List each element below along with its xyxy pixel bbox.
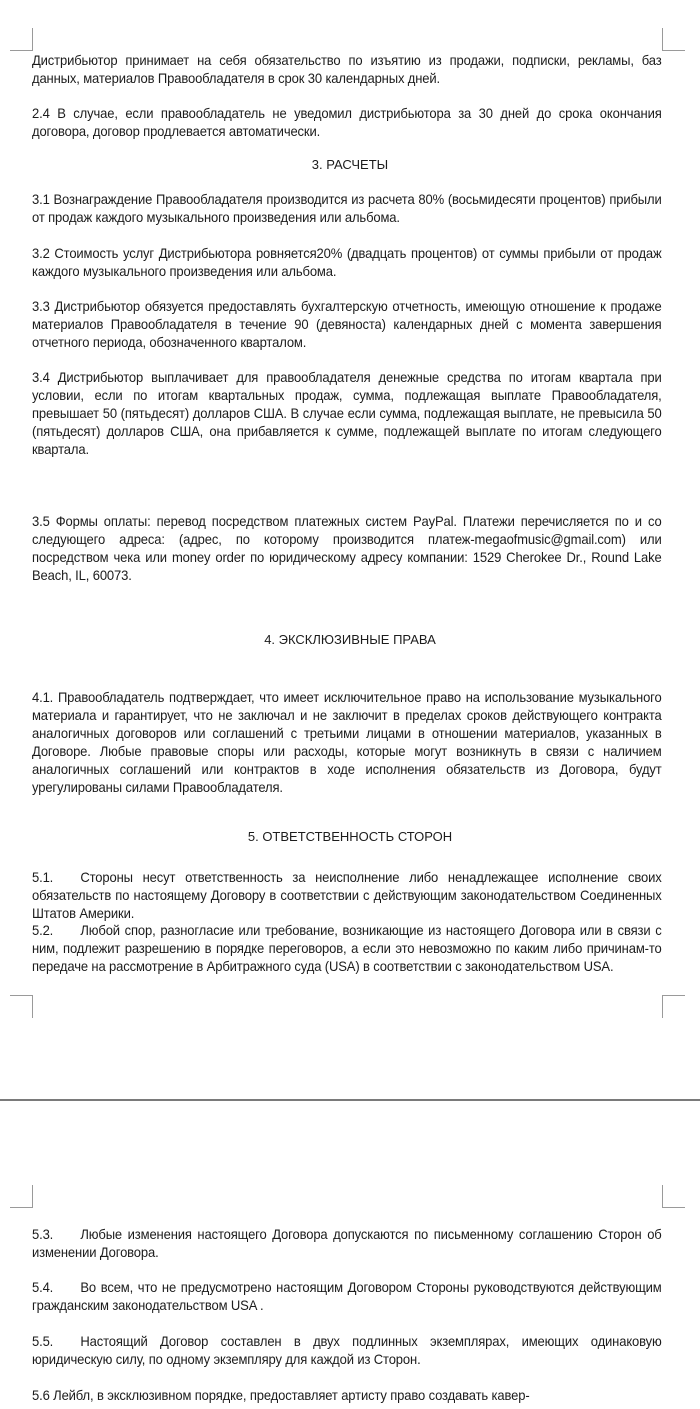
paragraph-4-1: 4.1. Правообладатель подтверждает, что и… bbox=[32, 688, 662, 796]
paragraph-3-2: 3.2 Стоимость услуг Дистрибьютора ровняе… bbox=[32, 244, 662, 280]
margin-corner-top-left bbox=[10, 28, 33, 51]
paragraph-5-4: 5.4.Во всем, что не предусмотрено настоя… bbox=[32, 1278, 662, 1314]
section-heading-3: 3. РАСЧЕТЫ bbox=[0, 156, 700, 174]
section-heading-5: 5. ОТВЕТСТВЕННОСТЬ СТОРОН bbox=[0, 828, 700, 846]
margin-corner-top-right bbox=[662, 28, 685, 51]
paragraph-2-3-continued: Дистрибьютор принимает на себя обязатель… bbox=[32, 51, 662, 87]
item-number: 5.4. bbox=[32, 1278, 80, 1296]
margin-corner-top-right bbox=[662, 1185, 685, 1208]
item-number: 5.5. bbox=[32, 1332, 80, 1350]
paragraph-2-4: 2.4 В случае, если правообладатель не ув… bbox=[32, 104, 662, 140]
margin-corner-bottom-left bbox=[10, 995, 33, 1018]
paragraph-3-1: 3.1 Вознаграждение Правообладателя произ… bbox=[32, 190, 662, 226]
paragraph-5-3: 5.3.Любые изменения настоящего Договора … bbox=[32, 1225, 662, 1261]
paragraph-3-5: 3.5 Формы оплаты: перевод посредством пл… bbox=[32, 512, 662, 584]
margin-corner-bottom-right bbox=[662, 995, 685, 1018]
document-page-2: 5.3.Любые изменения настоящего Договора … bbox=[0, 1101, 700, 1409]
document-page-1: Дистрибьютор принимает на себя обязатель… bbox=[0, 0, 700, 1099]
paragraph-5-5: 5.5.Настоящий Договор составлен в двух п… bbox=[32, 1332, 662, 1368]
margin-corner-top-left bbox=[10, 1185, 33, 1208]
paragraph-5-2: 5.2.Любой спор, разногласие или требован… bbox=[32, 921, 662, 975]
paragraph-5-1: 5.1.Стороны несут ответственность за неи… bbox=[32, 868, 662, 922]
paragraph-5-6: 5.6 Лейбл, в эксклюзивном порядке, предо… bbox=[32, 1386, 662, 1404]
paragraph-3-3: 3.3 Дистрибьютор обязуется предоставлять… bbox=[32, 297, 662, 351]
section-heading-4: 4. ЭКСКЛЮЗИВНЫЕ ПРАВА bbox=[0, 631, 700, 649]
paragraph-3-4: 3.4 Дистрибьютор выплачивает для правооб… bbox=[32, 368, 662, 458]
item-number: 5.2. bbox=[32, 921, 80, 939]
item-number: 5.3. bbox=[32, 1225, 80, 1243]
item-number: 5.1. bbox=[32, 868, 80, 886]
